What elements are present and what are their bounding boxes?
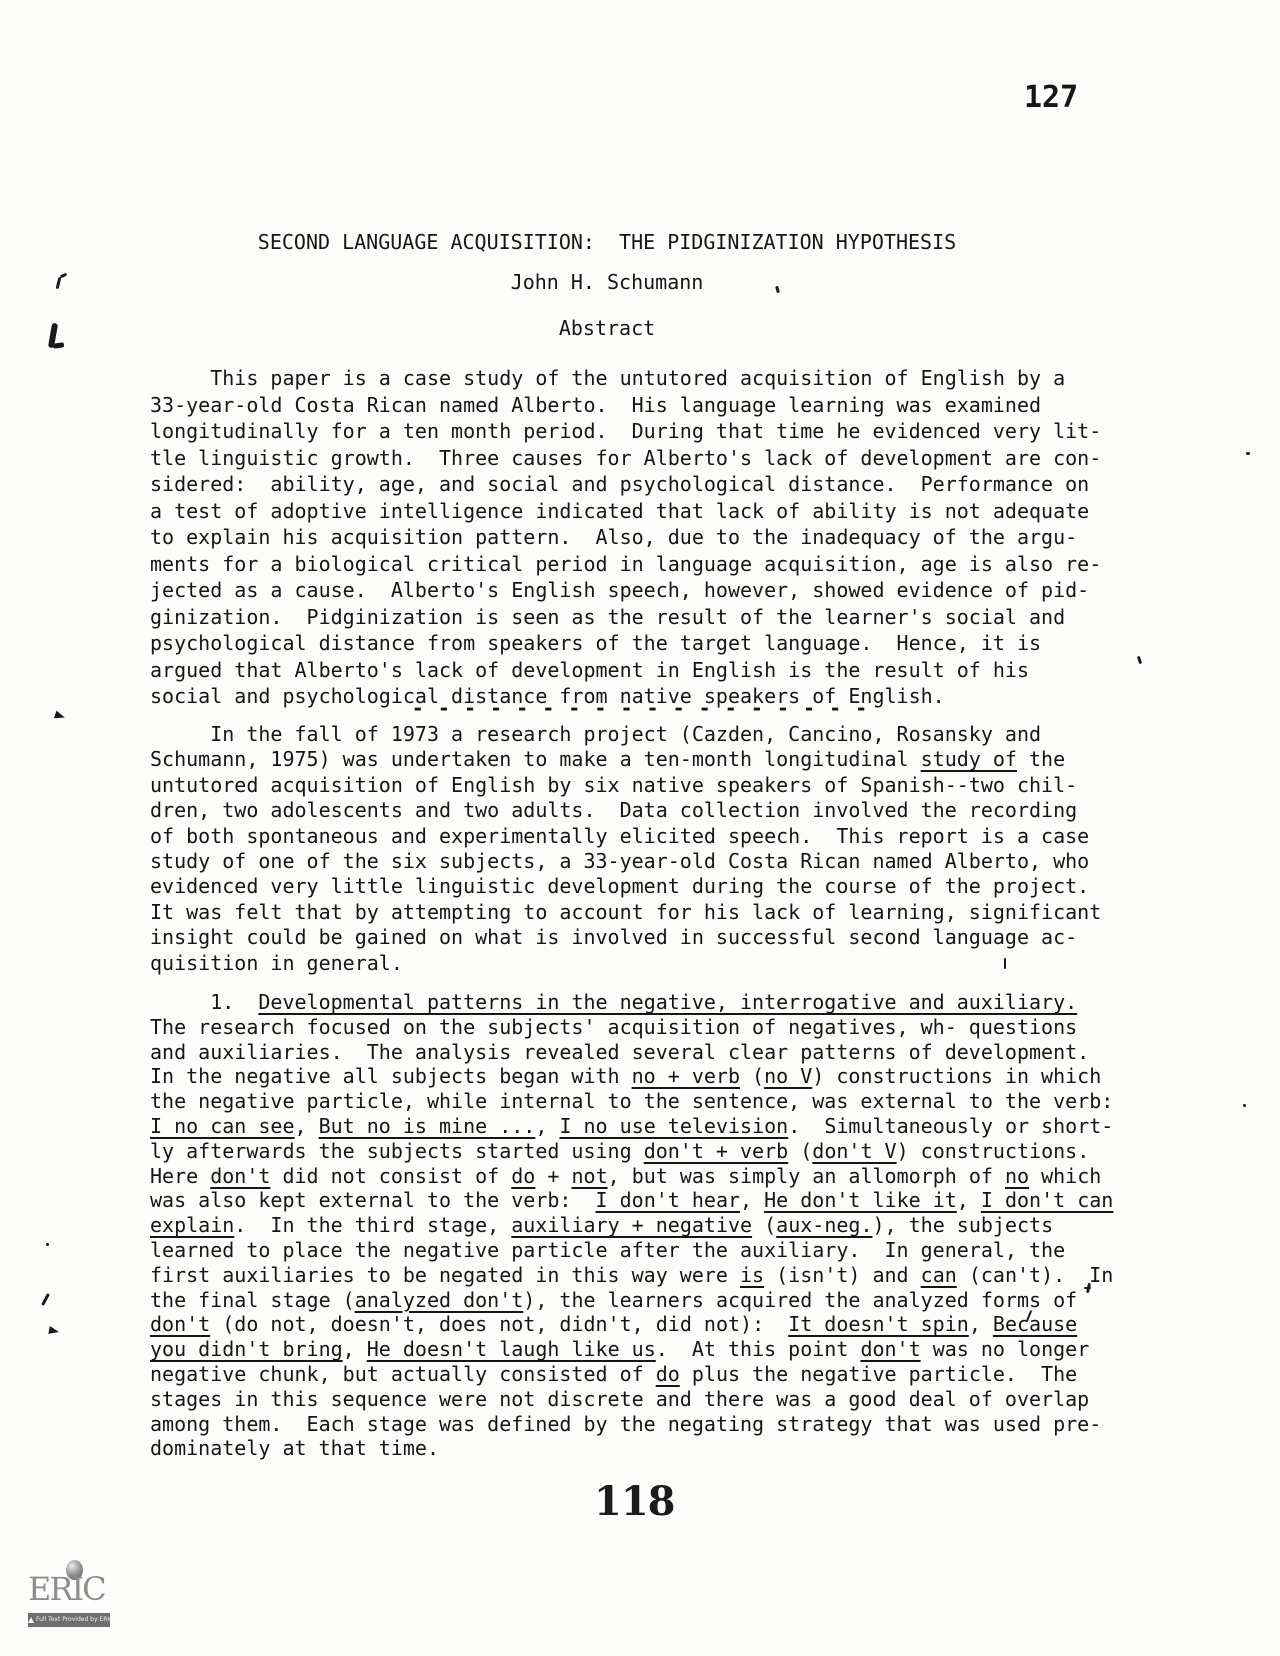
dashed-separator: - - - - - - - - - - - - - - - - - - xyxy=(150,696,1130,720)
abstract-heading: Abstract xyxy=(150,316,1064,340)
eric-triangle-icon xyxy=(28,1617,34,1623)
page-number-stamp: 118 xyxy=(594,1478,675,1525)
ink-mark xyxy=(1004,958,1006,969)
text-line: ments for a biological critical period i… xyxy=(150,552,1101,579)
text-line: This paper is a case study of the untuto… xyxy=(150,366,1101,393)
text-line: among them. Each stage was defined by th… xyxy=(150,1412,1113,1437)
text-line: negative chunk, but actually consisted o… xyxy=(150,1362,1113,1387)
text-line: learned to place the negative particle a… xyxy=(150,1238,1113,1263)
section-1-paragraph: 1. Developmental patterns in the negativ… xyxy=(150,990,1113,1461)
text-line: and auxiliaries. The analysis revealed s… xyxy=(150,1040,1113,1065)
text-line: Here don't did not consist of do + not, … xyxy=(150,1164,1113,1189)
ink-mark xyxy=(54,711,66,722)
ink-mark xyxy=(46,1243,49,1246)
abstract-paragraph: This paper is a case study of the untuto… xyxy=(150,366,1101,711)
intro-paragraph: In the fall of 1973 a research project (… xyxy=(150,722,1101,976)
ink-mark xyxy=(1137,656,1142,665)
text-line: evidenced very little linguistic develop… xyxy=(150,874,1101,899)
ink-mark xyxy=(41,1293,50,1306)
text-line: argued that Alberto's lack of developmen… xyxy=(150,658,1101,685)
text-line: quisition in general. xyxy=(150,951,1101,976)
text-line: tle linguistic growth. Three causes for … xyxy=(150,446,1101,473)
text-line: the negative particle, while internal to… xyxy=(150,1089,1113,1114)
ink-mark xyxy=(53,342,65,348)
text-line: you didn't bring, He doesn't laugh like … xyxy=(150,1337,1113,1362)
text-line: stages in this sequence were not discret… xyxy=(150,1387,1113,1412)
eric-wordmark: ERIC xyxy=(28,1572,105,1607)
paper-title: SECOND LANGUAGE ACQUISITION: THE PIDGINI… xyxy=(150,230,1064,254)
scanned-page: 127 SECOND LANGUAGE ACQUISITION: THE PID… xyxy=(0,0,1280,1656)
text-line: explain. In the third stage, auxiliary +… xyxy=(150,1213,1113,1238)
paper-author: John H. Schumann xyxy=(150,270,1064,294)
text-line: 33-year-old Costa Rican named Alberto. H… xyxy=(150,393,1101,420)
ink-mark xyxy=(60,273,68,279)
text-line: a test of adoptive intelligence indicate… xyxy=(150,499,1101,526)
text-line: dren, two adolescents and two adults. Da… xyxy=(150,798,1101,823)
text-line: jected as a cause. Alberto's English spe… xyxy=(150,578,1101,605)
text-column: SECOND LANGUAGE ACQUISITION: THE PIDGINI… xyxy=(150,0,1130,1656)
text-line: untutored acquisition of English by six … xyxy=(150,773,1101,798)
text-line: insight could be gained on what is invol… xyxy=(150,925,1101,950)
text-line: 1. Developmental patterns in the negativ… xyxy=(150,990,1113,1015)
text-line: In the negative all subjects began with … xyxy=(150,1064,1113,1089)
ink-mark xyxy=(1246,452,1250,455)
text-line: first auxiliaries to be negated in this … xyxy=(150,1263,1113,1288)
text-line: don't (do not, doesn't, does not, didn't… xyxy=(150,1312,1113,1337)
text-line: I no can see, But no is mine ..., I no u… xyxy=(150,1114,1113,1139)
text-line: In the fall of 1973 a research project (… xyxy=(150,722,1101,747)
text-line: Schumann, 1975) was undertaken to make a… xyxy=(150,747,1101,772)
text-line: to explain his acquisition pattern. Also… xyxy=(150,525,1101,552)
ink-mark xyxy=(48,1326,59,1336)
text-line: dominately at that time. xyxy=(150,1436,1113,1461)
text-line: study of one of the six subjects, a 33-y… xyxy=(150,849,1101,874)
ink-mark xyxy=(1084,1287,1091,1289)
text-line: longitudinally for a ten month period. D… xyxy=(150,419,1101,446)
text-line: ginization. Pidginization is seen as the… xyxy=(150,605,1101,632)
text-line: the final stage (analyzed don't), the le… xyxy=(150,1288,1113,1313)
text-line: was also kept external to the verb: I do… xyxy=(150,1188,1113,1213)
eric-tagline-banner: Full Text Provided by ERIC xyxy=(28,1613,110,1627)
text-line: ly afterwards the subjects started using… xyxy=(150,1139,1113,1164)
ink-mark xyxy=(56,277,62,289)
text-line: The research focused on the subjects' ac… xyxy=(150,1015,1113,1040)
ink-mark xyxy=(1243,1104,1246,1107)
text-line: sidered: ability, age, and social and ps… xyxy=(150,472,1101,499)
text-line: of both spontaneous and experimentally e… xyxy=(150,824,1101,849)
eric-logo: ERIC Full Text Provided by ERIC xyxy=(28,1558,118,1638)
eric-tagline-text: Full Text Provided by ERIC xyxy=(36,1616,113,1623)
text-line: psychological distance from speakers of … xyxy=(150,631,1101,658)
text-line: It was felt that by attempting to accoun… xyxy=(150,900,1101,925)
